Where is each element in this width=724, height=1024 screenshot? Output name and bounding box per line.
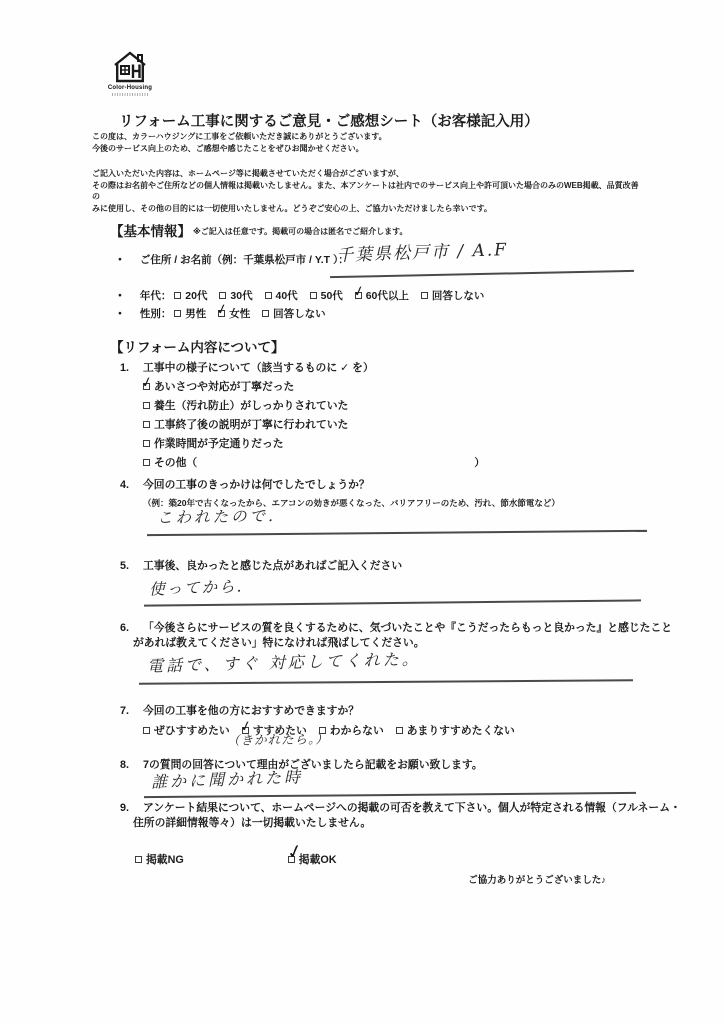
question-5-answer-line[interactable]	[144, 599, 641, 606]
q7-option-definitely-recommend[interactable]: ぜひすすめたい	[143, 723, 230, 738]
gender-option-male[interactable]: 男性	[174, 306, 206, 321]
age-option-20s[interactable]: 20代	[174, 288, 207, 303]
checkbox-icon[interactable]	[174, 292, 181, 299]
question-4-text: 今回の工事のきっかけは何でしたでしょうか？	[143, 479, 370, 491]
q1-option-other[interactable]: その他（	[143, 455, 197, 470]
address-answer-line[interactable]	[330, 270, 634, 278]
gender-row: 性別： 男性 女性 回答しない	[118, 306, 335, 321]
q9-option-publish-ng[interactable]: 掲載NG	[135, 852, 184, 867]
question-7-number: 7.	[120, 705, 143, 717]
question-5-number: 5.	[120, 560, 143, 572]
address-name-label: ご住所 / お名前（例：千葉県松戸市 / Y.T ）：	[140, 254, 349, 266]
q7-option-not-recommend-label: あまりすすめたくない	[407, 725, 515, 737]
scanned-feedback-form: Color-Housing リフォーム工事に関するご意見・ご感想シート（お客様記…	[0, 0, 724, 1024]
intro-line-1: この度は、カラーハウジングに工事をご依頼いただき誠にありがとうございます。	[92, 131, 387, 143]
intro-line-2: 今後のサービス向上のため、ご感想や感じたことをぜひお聞かせください。	[92, 143, 387, 155]
q7-option-unsure-label: わからない	[330, 725, 384, 737]
question-9-text-line1: アンケート結果について、ホームページへの掲載の可否を教えて下さい。個人が特定され…	[143, 802, 681, 814]
age-option-30s-label: 30代	[230, 290, 252, 302]
thank-you-message: ご協力ありがとうございました♪	[360, 872, 606, 886]
q9-option-publish-ng-label: 掲載NG	[146, 854, 184, 866]
address-name-handwritten-answer: 千葉県松戸市 / A.F	[336, 235, 509, 266]
checkbox-icon[interactable]	[143, 459, 150, 466]
q1-option-greeting-label: あいさつや対応が丁寧だった	[154, 381, 294, 393]
question-4-number: 4.	[120, 479, 143, 491]
question-6: 6.「今後さらにサービスの質を良くするために、気づいたことや『こうだったらもっと…	[120, 620, 672, 650]
q1-option-other-close-paren: ）	[474, 457, 485, 469]
gender-label: 性別：	[140, 308, 172, 320]
q7-option-not-recommend[interactable]: あまりすすめたくない	[396, 723, 515, 738]
gender-option-female-label: 女性	[229, 308, 250, 320]
age-option-no-answer[interactable]: 回答しない	[421, 288, 485, 303]
q9-option-publish-ok[interactable]: 掲載OK	[288, 852, 337, 867]
age-option-40s-label: 40代	[276, 290, 298, 302]
disclaimer-line-1: ご記入いただいた内容は、ホームページ等に掲載させていただく場合がございますが、	[92, 168, 644, 180]
checkbox-icon[interactable]	[143, 402, 150, 409]
checkbox-icon[interactable]	[396, 727, 403, 734]
question-6-answer-line[interactable]	[139, 679, 633, 684]
house-logo-icon	[110, 50, 150, 84]
gender-option-male-label: 男性	[185, 308, 206, 320]
q1-option-explanation-label: 工事終了後の説明が丁寧に行われていた	[154, 419, 348, 431]
age-option-50s[interactable]: 50代	[310, 288, 343, 303]
q1-option-explanation[interactable]: 工事終了後の説明が丁寧に行われていた	[143, 417, 348, 432]
question-9-number: 9.	[120, 802, 143, 814]
question-4-handwritten-answer: こわれたので.	[157, 504, 276, 528]
color-housing-logo: Color-Housing	[102, 50, 158, 96]
q7-option-definitely-recommend-label: ぜひすすめたい	[154, 725, 230, 737]
reform-section-heading: 【リフォーム内容について】	[110, 336, 285, 356]
question-9: 9.アンケート結果について、ホームページへの掲載の可否を教えて下さい。個人が特定…	[120, 800, 681, 867]
checkbox-icon[interactable]	[265, 292, 272, 299]
checkbox-icon[interactable]	[355, 292, 362, 299]
age-label: 年代：	[140, 290, 172, 302]
q1-option-greeting[interactable]: あいさつや対応が丁寧だった	[143, 379, 294, 394]
basic-info-heading-text: 【基本情報】	[110, 224, 191, 239]
q1-option-schedule[interactable]: 作業時間が予定通りだった	[143, 436, 284, 451]
checkbox-icon[interactable]	[143, 440, 150, 447]
question-8-handwritten-answer: 誰かに聞かれた時	[151, 764, 304, 792]
age-option-60s-plus[interactable]: 60代以上	[355, 288, 409, 303]
checkbox-icon[interactable]	[143, 383, 150, 390]
q1-option-schedule-label: 作業時間が予定通りだった	[154, 438, 284, 450]
checkbox-icon[interactable]	[219, 292, 226, 299]
form-title: リフォーム工事に関するご意見・ご感想シート（お客様記入用）	[119, 110, 539, 131]
question-5-text: 工事後、良かったと感じた点があればご記入ください	[143, 560, 402, 572]
question-8-answer-line[interactable]	[144, 792, 636, 798]
gender-option-no-answer[interactable]: 回答しない	[262, 306, 326, 321]
basic-info-note: ※ご記入は任意です。掲載可の場合は匿名でご紹介します。	[193, 227, 408, 236]
age-option-40s[interactable]: 40代	[265, 288, 298, 303]
disclaimer-line-2: その際はお名前やご住所などの個人情報は掲載いたしません。また、本アンケートは社内…	[92, 180, 644, 203]
checkbox-icon[interactable]	[174, 310, 181, 317]
age-option-50s-label: 50代	[321, 290, 343, 302]
checkbox-icon[interactable]	[143, 421, 150, 428]
checkbox-icon[interactable]	[218, 310, 225, 317]
checkbox-icon[interactable]	[288, 856, 295, 863]
question-5: 5.工事後、良かったと感じた点があればご記入ください	[120, 558, 402, 573]
question-1-number: 1.	[120, 362, 143, 374]
checkbox-icon[interactable]	[143, 727, 150, 734]
gender-option-no-answer-label: 回答しない	[273, 308, 326, 320]
logo-tagline-illegible	[112, 93, 148, 96]
question-7-text: 今回の工事を他の方におすすめできますか？	[143, 705, 359, 717]
checkbox-icon[interactable]	[421, 292, 428, 299]
logo-brand-text: Color-Housing	[102, 85, 158, 91]
question-1: 1.工事中の様子について（該当するものに ✓ を） あいさつや対応が丁寧だった …	[120, 360, 485, 470]
q1-option-other-label: その他（	[154, 457, 197, 469]
question-7-handwritten-note: （きかれたら。）	[227, 729, 329, 749]
question-4-answer-line[interactable]	[147, 530, 647, 536]
checkbox-icon[interactable]	[310, 292, 317, 299]
gender-option-female[interactable]: 女性	[218, 306, 250, 321]
age-option-60s-plus-label: 60代以上	[366, 290, 409, 302]
question-9-text-line2: 住所の詳細情報等々）は一切掲載いたしません。	[133, 815, 681, 830]
age-option-20s-label: 20代	[185, 290, 207, 302]
question-1-text: 工事中の様子について（該当するものに ✓ を）	[143, 362, 374, 374]
address-name-row: ご住所 / お名前（例：千葉県松戸市 / Y.T ）：	[118, 252, 349, 267]
question-8-number: 8.	[120, 759, 143, 771]
question-4: 4.今回の工事のきっかけは何でしたでしょうか？ （例：築20年で古くなったから、…	[120, 477, 560, 509]
disclaimer-line-3: みに使用し、その他の目的には一切使用いたしません。どうぞご安心の上、ご協力いただ…	[92, 203, 644, 215]
disclaimer-paragraph: ご記入いただいた内容は、ホームページ等に掲載させていただく場合がございますが、 …	[92, 168, 644, 214]
question-6-number: 6.	[120, 622, 143, 634]
question-5-handwritten-answer: 使ってから.	[149, 574, 244, 599]
checkbox-icon[interactable]	[262, 310, 269, 317]
checkbox-icon[interactable]	[135, 856, 142, 863]
age-option-no-answer-label: 回答しない	[432, 290, 485, 302]
age-row: 年代： 20代 30代 40代 50代 60代以上 回答しない	[118, 288, 493, 303]
q1-option-protection-label: 養生（汚れ防止）がしっかりされていた	[154, 400, 348, 412]
question-6-text-line1: 「今後さらにサービスの質を良くするために、気づいたことや『こうだったらもっと良か…	[143, 622, 672, 634]
q1-option-protection[interactable]: 養生（汚れ防止）がしっかりされていた	[143, 398, 348, 413]
question-6-handwritten-answer: 電話で、すぐ 対応してくれた。	[147, 646, 421, 676]
intro-paragraph: この度は、カラーハウジングに工事をご依頼いただき誠にありがとうございます。 今後…	[92, 131, 387, 155]
basic-info-heading: 【基本情報】※ご記入は任意です。掲載可の場合は匿名でご紹介します。	[110, 220, 408, 240]
